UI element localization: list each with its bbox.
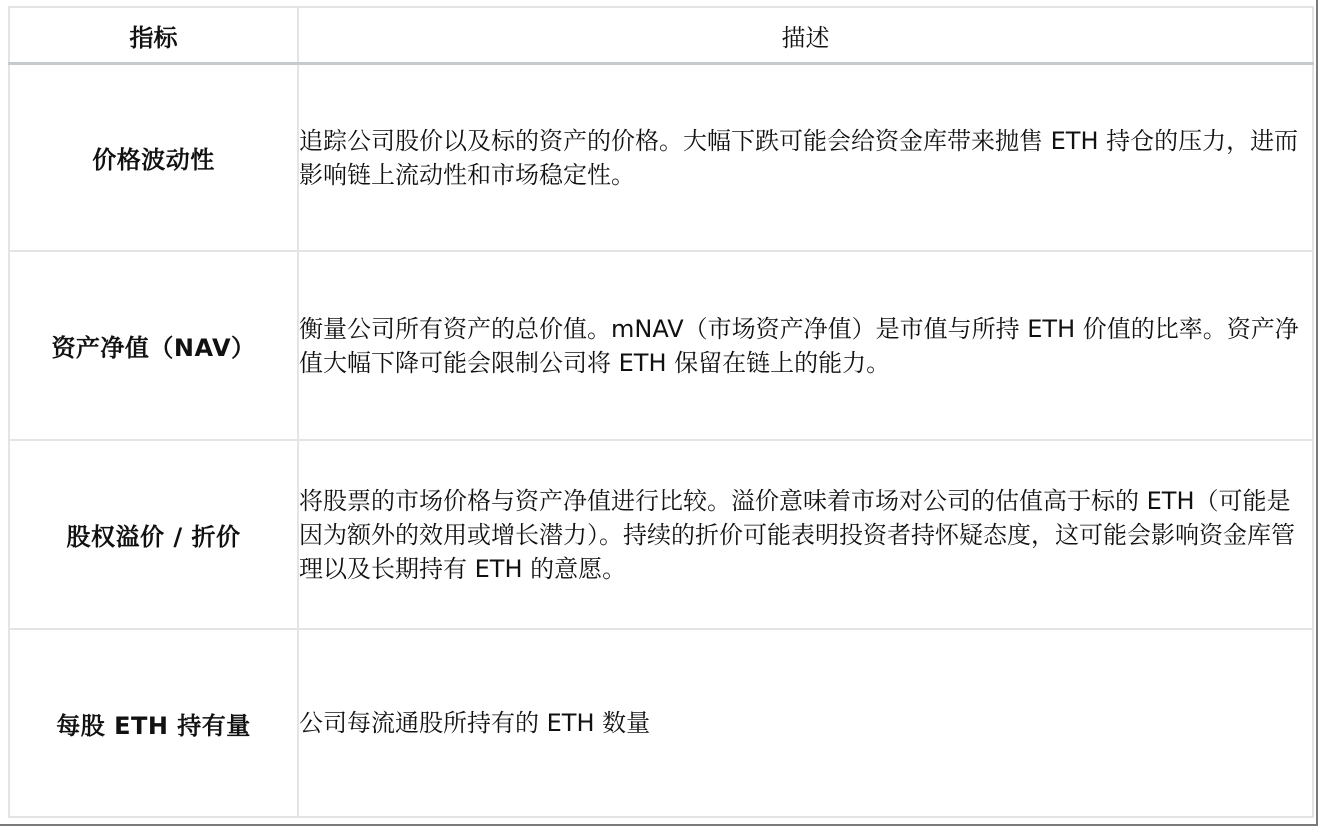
description-cell: 将股票的市场价格与资产净值进行比较。溢价意味着市场对公司的估值高于标的 ETH（… xyxy=(298,440,1313,629)
column-header-description: 描述 xyxy=(298,7,1313,64)
table-header: 指标 描述 xyxy=(9,7,1313,64)
metric-cell: 每股 ETH 持有量 xyxy=(9,629,298,817)
description-cell: 公司每流通股所持有的 ETH 数量 xyxy=(298,629,1313,817)
table-row: 股权溢价 / 折价 将股票的市场价格与资产净值进行比较。溢价意味着市场对公司的估… xyxy=(9,440,1313,629)
metrics-table: 指标 描述 价格波动性 追踪公司股价以及标的资产的价格。大幅下跌可能会给资金库带… xyxy=(8,6,1314,818)
description-cell: 衡量公司所有资产的总价值。mNAV（市场资产净值）是市值与所持 ETH 价值的比… xyxy=(298,251,1313,440)
table-row: 价格波动性 追踪公司股价以及标的资产的价格。大幅下跌可能会给资金库带来抛售 ET… xyxy=(9,64,1313,252)
column-header-metric: 指标 xyxy=(9,7,298,64)
table-row: 资产净值（NAV） 衡量公司所有资产的总价值。mNAV（市场资产净值）是市值与所… xyxy=(9,251,1313,440)
table-row: 每股 ETH 持有量 公司每流通股所持有的 ETH 数量 xyxy=(9,629,1313,817)
metric-cell: 资产净值（NAV） xyxy=(9,251,298,440)
metric-cell: 股权溢价 / 折价 xyxy=(9,440,298,629)
metric-cell: 价格波动性 xyxy=(9,64,298,252)
header-row: 指标 描述 xyxy=(9,7,1313,64)
table-body: 价格波动性 追踪公司股价以及标的资产的价格。大幅下跌可能会给资金库带来抛售 ET… xyxy=(9,64,1313,818)
description-cell: 追踪公司股价以及标的资产的价格。大幅下跌可能会给资金库带来抛售 ETH 持仓的压… xyxy=(298,64,1313,252)
